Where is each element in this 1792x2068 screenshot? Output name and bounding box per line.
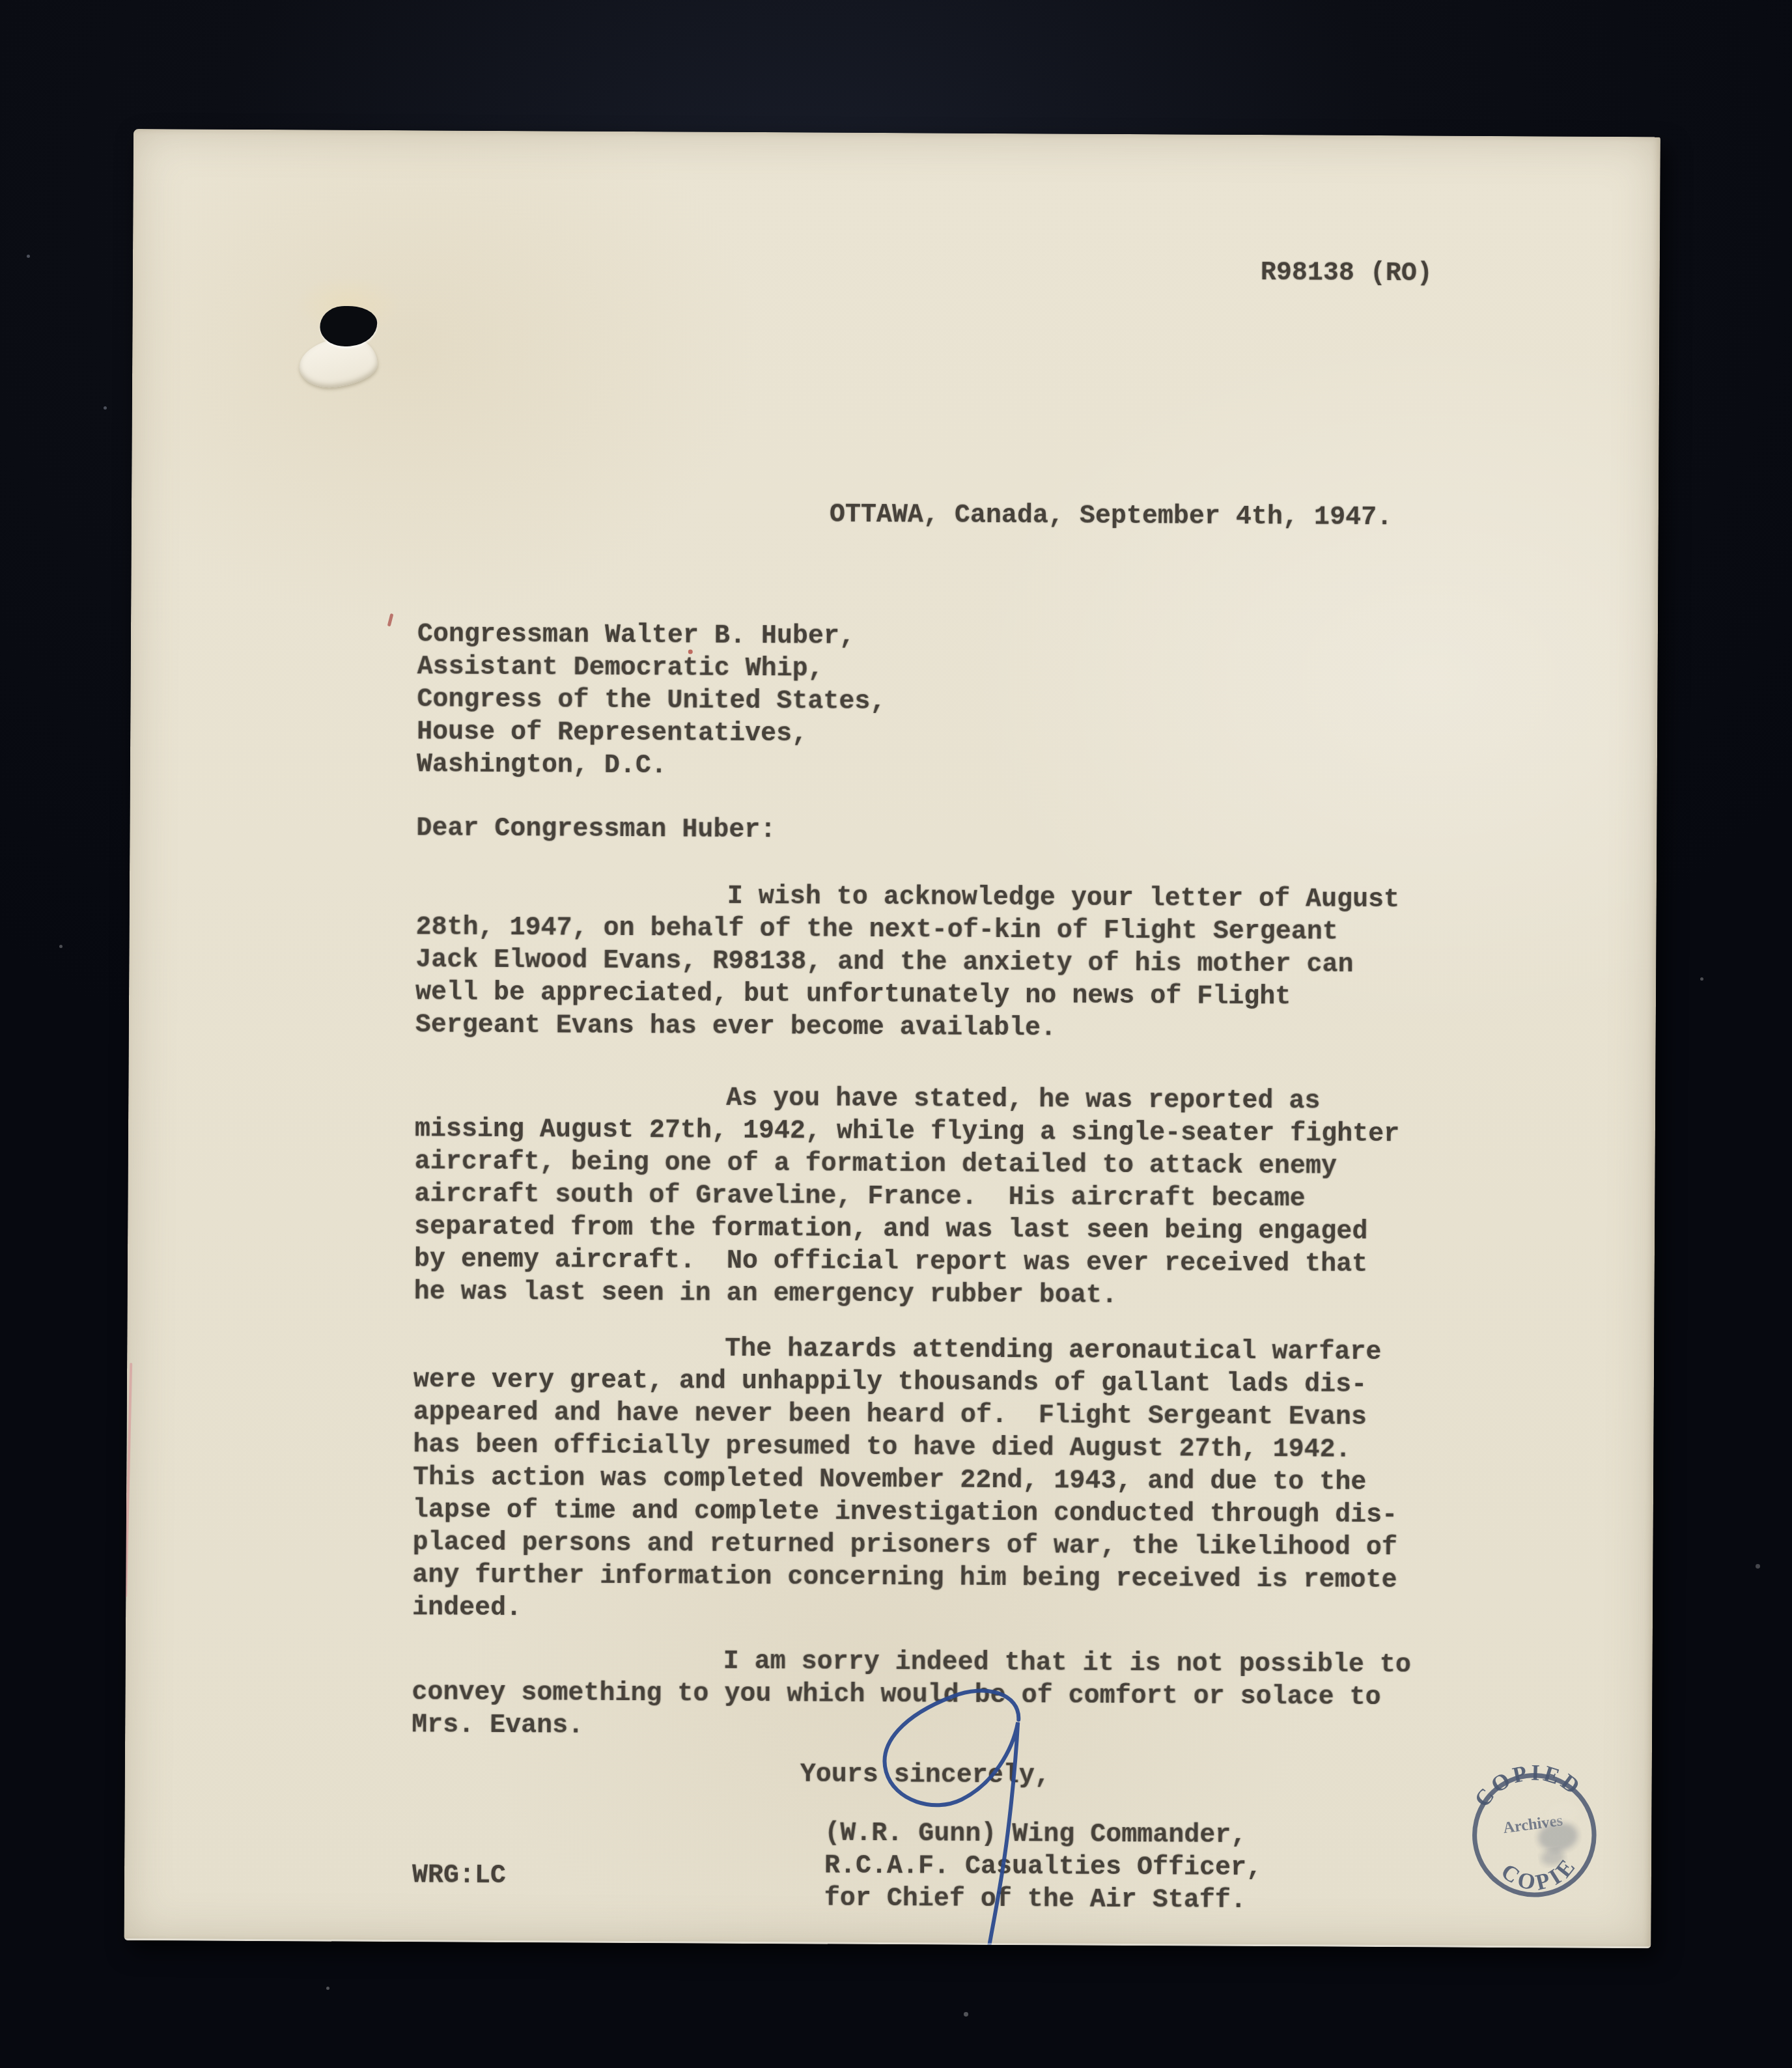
dust-specks	[0, 0, 2, 2]
letter-paper: R98138 (RO) OTTAWA, Canada, September 4t…	[124, 129, 1660, 1948]
pen-signature-stroke	[124, 129, 1660, 1948]
archives-stamp: COPIED Archives COPIE	[1456, 1757, 1613, 1914]
scan-background: R98138 (RO) OTTAWA, Canada, September 4t…	[0, 0, 1792, 2068]
stamp-bottom-text: COPIE	[1494, 1850, 1586, 1901]
